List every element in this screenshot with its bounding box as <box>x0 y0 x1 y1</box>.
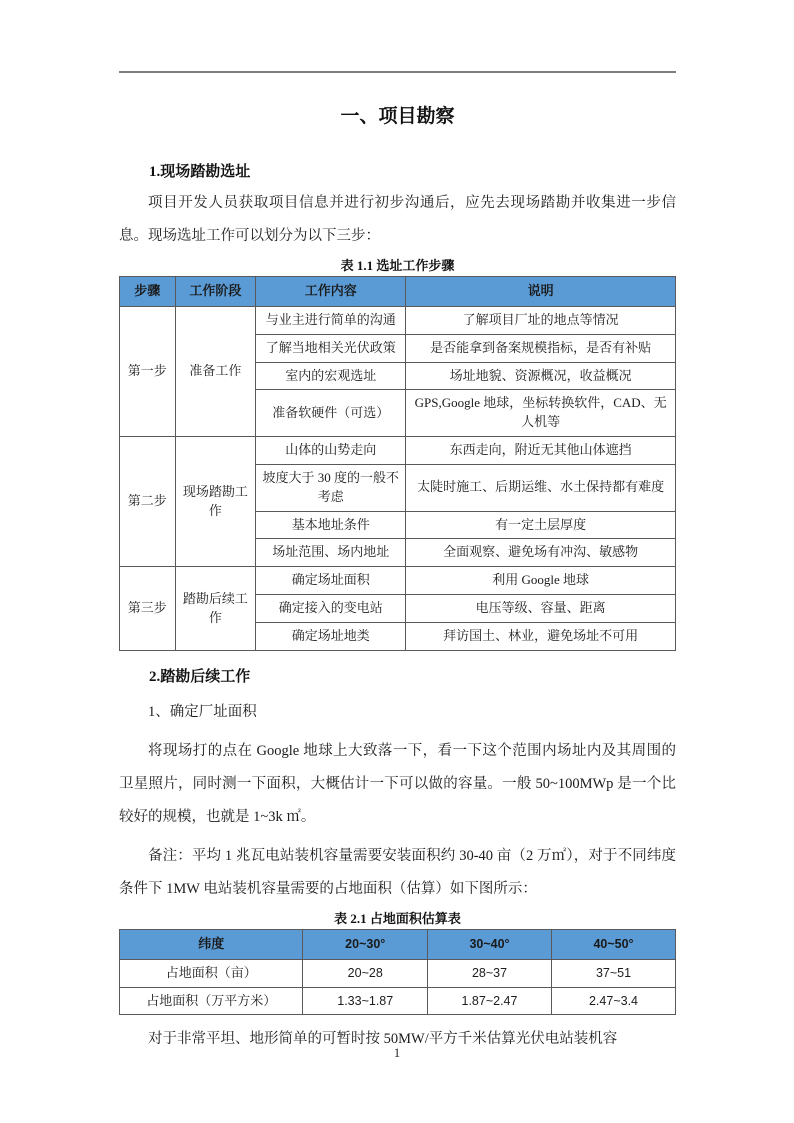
land-area-estimate-table: 纬度 20~30° 30~40° 40~50° 占地面积（亩） 20~28 28… <box>119 929 676 1016</box>
column-header-latitude: 纬度 <box>120 929 303 959</box>
content-cell: 山体的山势走向 <box>256 437 406 465</box>
value-cell: 20~28 <box>303 959 428 987</box>
column-header-description: 说明 <box>406 277 676 307</box>
section2-paragraph2: 备注：平均 1 兆瓦电站装机容量需要安装面积约 30-40 亩（2 万㎡），对于… <box>119 840 676 906</box>
phase-cell: 踏勘后续工作 <box>175 567 256 651</box>
section1-heading: 1.现场踏勘选址 <box>119 160 676 181</box>
header-rule <box>119 0 676 73</box>
description-cell: 全面观察、避免场有冲沟、敏感物 <box>406 539 676 567</box>
site-selection-steps-table: 步骤 工作阶段 工作内容 说明 第一步 准备工作 与业主进行简单的沟通 了解项目… <box>119 276 676 651</box>
content-cell: 了解当地相关光伏政策 <box>256 334 406 362</box>
step-cell: 第三步 <box>120 567 176 651</box>
value-cell: 2.47~3.4 <box>551 987 675 1015</box>
value-cell: 1.87~2.47 <box>428 987 552 1015</box>
table2-header-row: 纬度 20~30° 30~40° 40~50° <box>120 929 676 959</box>
column-header-range2: 30~40° <box>428 929 552 959</box>
content-cell: 室内的宏观选址 <box>256 362 406 390</box>
content-cell: 确定场址面积 <box>256 567 406 595</box>
section2-subheading: 1、确定厂址面积 <box>119 696 676 729</box>
content-cell: 场址范围、场内地址 <box>256 539 406 567</box>
step-cell: 第一步 <box>120 306 176 436</box>
column-header-phase: 工作阶段 <box>175 277 256 307</box>
table1-caption: 表 1.1 选址工作步骤 <box>119 255 676 274</box>
content-cell: 坡度大于 30 度的一般不考虑 <box>256 464 406 511</box>
description-cell: 了解项目厂址的地点等情况 <box>406 306 676 334</box>
section1-paragraph: 项目开发人员获取项目信息并进行初步沟通后，应先去现场踏勘并收集进一步信息。现场选… <box>119 187 676 253</box>
document-page: 一、项目勘察 1.现场踏勘选址 项目开发人员获取项目信息并进行初步沟通后，应先去… <box>0 0 794 1123</box>
column-header-range3: 40~50° <box>551 929 675 959</box>
table-row: 第一步 准备工作 与业主进行简单的沟通 了解项目厂址的地点等情况 <box>120 306 676 334</box>
description-cell: 利用 Google 地球 <box>406 567 676 595</box>
section2-heading: 2.踏勘后续工作 <box>119 665 676 686</box>
description-cell: 场址地貌、资源概况，收益概况 <box>406 362 676 390</box>
table-row: 占地面积（万平方米） 1.33~1.87 1.87~2.47 2.47~3.4 <box>120 987 676 1015</box>
content-cell: 准备软硬件（可选） <box>256 390 406 437</box>
table2-caption: 表 2.1 占地面积估算表 <box>119 908 676 927</box>
value-cell: 37~51 <box>551 959 675 987</box>
description-cell: 电压等级、容量、距离 <box>406 595 676 623</box>
table-row: 占地面积（亩） 20~28 28~37 37~51 <box>120 959 676 987</box>
value-cell: 1.33~1.87 <box>303 987 428 1015</box>
row-label-cell: 占地面积（亩） <box>120 959 303 987</box>
content-cell: 确定接入的变电站 <box>256 595 406 623</box>
content-cell: 确定场址地类 <box>256 622 406 650</box>
table-row: 第二步 现场踏勘工作 山体的山势走向 东西走向，附近无其他山体遮挡 <box>120 437 676 465</box>
description-cell: GPS,Google 地球，坐标转换软件，CAD、无人机等 <box>406 390 676 437</box>
doc-title: 一、项目勘察 <box>119 101 676 128</box>
content-cell: 基本地址条件 <box>256 511 406 539</box>
column-header-step: 步骤 <box>120 277 176 307</box>
phase-cell: 准备工作 <box>175 306 256 436</box>
content-cell: 与业主进行简单的沟通 <box>256 306 406 334</box>
phase-cell: 现场踏勘工作 <box>175 437 256 567</box>
page-number: 1 <box>0 1046 794 1061</box>
description-cell: 太陡时施工、后期运维、水土保持都有难度 <box>406 464 676 511</box>
row-label-cell: 占地面积（万平方米） <box>120 987 303 1015</box>
description-cell: 东西走向，附近无其他山体遮挡 <box>406 437 676 465</box>
description-cell: 有一定土层厚度 <box>406 511 676 539</box>
column-header-range1: 20~30° <box>303 929 428 959</box>
description-cell: 拜访国土、林业，避免场址不可用 <box>406 622 676 650</box>
section2-paragraph1: 将现场打的点在 Google 地球上大致落一下，看一下这个范围内场址内及其周围的… <box>119 735 676 834</box>
table1-header-row: 步骤 工作阶段 工作内容 说明 <box>120 277 676 307</box>
step-cell: 第二步 <box>120 437 176 567</box>
description-cell: 是否能拿到备案规模指标，是否有补贴 <box>406 334 676 362</box>
table-row: 第三步 踏勘后续工作 确定场址面积 利用 Google 地球 <box>120 567 676 595</box>
value-cell: 28~37 <box>428 959 552 987</box>
column-header-content: 工作内容 <box>256 277 406 307</box>
